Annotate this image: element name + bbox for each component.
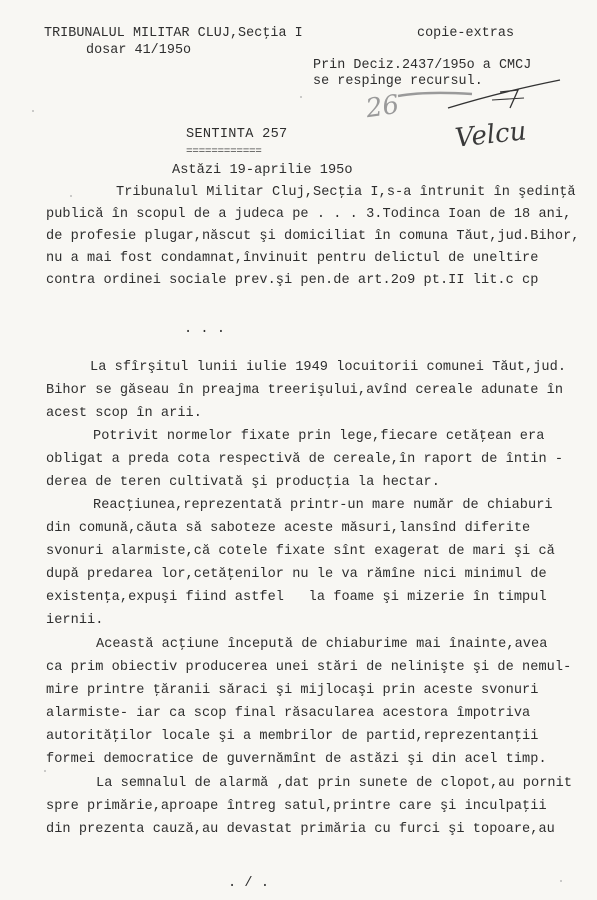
paragraph-line: din prezenta cauză,au devastat primăria …	[46, 822, 555, 838]
document-title: SENTINTA 257	[186, 127, 288, 143]
scan-speck	[300, 96, 302, 98]
paragraph-line: nu a mai fost condamnat,învinuit pentru …	[46, 251, 538, 267]
scan-speck	[44, 770, 46, 772]
paragraph-line: din comună,căuta să saboteze aceste măsu…	[46, 521, 530, 537]
paragraph-line: spre primărie,aproape întreg satul,print…	[46, 799, 547, 815]
scan-speck	[560, 880, 562, 882]
paragraph-line: acest scop în arii.	[46, 406, 202, 422]
paragraph-line: autorităţilor locale şi a membrilor de p…	[46, 729, 538, 745]
scan-speck	[32, 110, 34, 112]
paragraph-line: iernii.	[46, 613, 103, 629]
paragraph-line: existenţa,expuşi fiind astfel la foame ş…	[46, 590, 547, 606]
appeal-note-line-1: Prin Deciz.2437/195o a CMCJ	[313, 58, 531, 74]
paragraph-line: obligat a preda cota respectivă de cerea…	[46, 452, 563, 468]
handwritten-signature: Velcu	[454, 116, 528, 153]
continuation-mark: . / .	[228, 876, 269, 892]
copy-type-label: copie-extras	[417, 26, 514, 42]
paragraph-line: svonuri alarmiste,că cotele fixate sînt …	[46, 544, 555, 560]
paragraph-line: alarmiste- iar ca scop final răsacularea…	[46, 706, 530, 722]
scan-speck	[70, 195, 72, 197]
paragraph-line: formei democratice de guvernămînt de ast…	[46, 752, 547, 768]
paragraph-line: contra ordinei sociale prev.şi pen.de ar…	[46, 273, 538, 289]
paragraph-line: după predarea lor,cetăţenilor nu le va r…	[46, 567, 547, 583]
signature-stroke-icon	[440, 78, 590, 118]
paragraph-line: Reacţiunea,reprezentată printr-un mare n…	[93, 498, 553, 514]
paragraph-line: mire printre ţăranii săraci şi mijlocaşi…	[46, 683, 538, 699]
paragraph-line: Potrivit normelor fixate prin lege,fieca…	[93, 429, 544, 445]
paragraph-line: derea de teren cultivată şi producţia la…	[46, 475, 440, 491]
paragraph-line: Tribunalul Militar Cluj,Secţia I,s-a înt…	[116, 185, 576, 201]
date-line: Astăzi 19-aprilie 195o	[172, 163, 353, 179]
title-underline: ============	[186, 144, 262, 160]
omission-mark: . . .	[184, 322, 225, 338]
case-file-number: dosar 41/195o	[86, 43, 191, 59]
paragraph-line: Această acţiune începută de chiaburime m…	[96, 637, 547, 653]
paragraph-line: ca prim obiectiv producerea unei stări d…	[46, 660, 571, 676]
paragraph-line: Bihor se găseau în preajma treerişului,a…	[46, 383, 563, 399]
paragraph-line: La sfîrşitul lunii iulie 1949 locuitorii…	[90, 360, 566, 376]
document-page: TRIBUNALUL MILITAR CLUJ,Secţia I dosar 4…	[0, 0, 597, 900]
paragraph-line: publică în scopul de a judeca pe . . . 3…	[46, 207, 571, 223]
paragraph-line: La semnalul de alarmă ,dat prin sunete d…	[96, 776, 572, 792]
court-name: TRIBUNALUL MILITAR CLUJ,Secţia I	[44, 26, 303, 42]
paragraph-line: de profesie plugar,născut şi domiciliat …	[46, 229, 580, 245]
